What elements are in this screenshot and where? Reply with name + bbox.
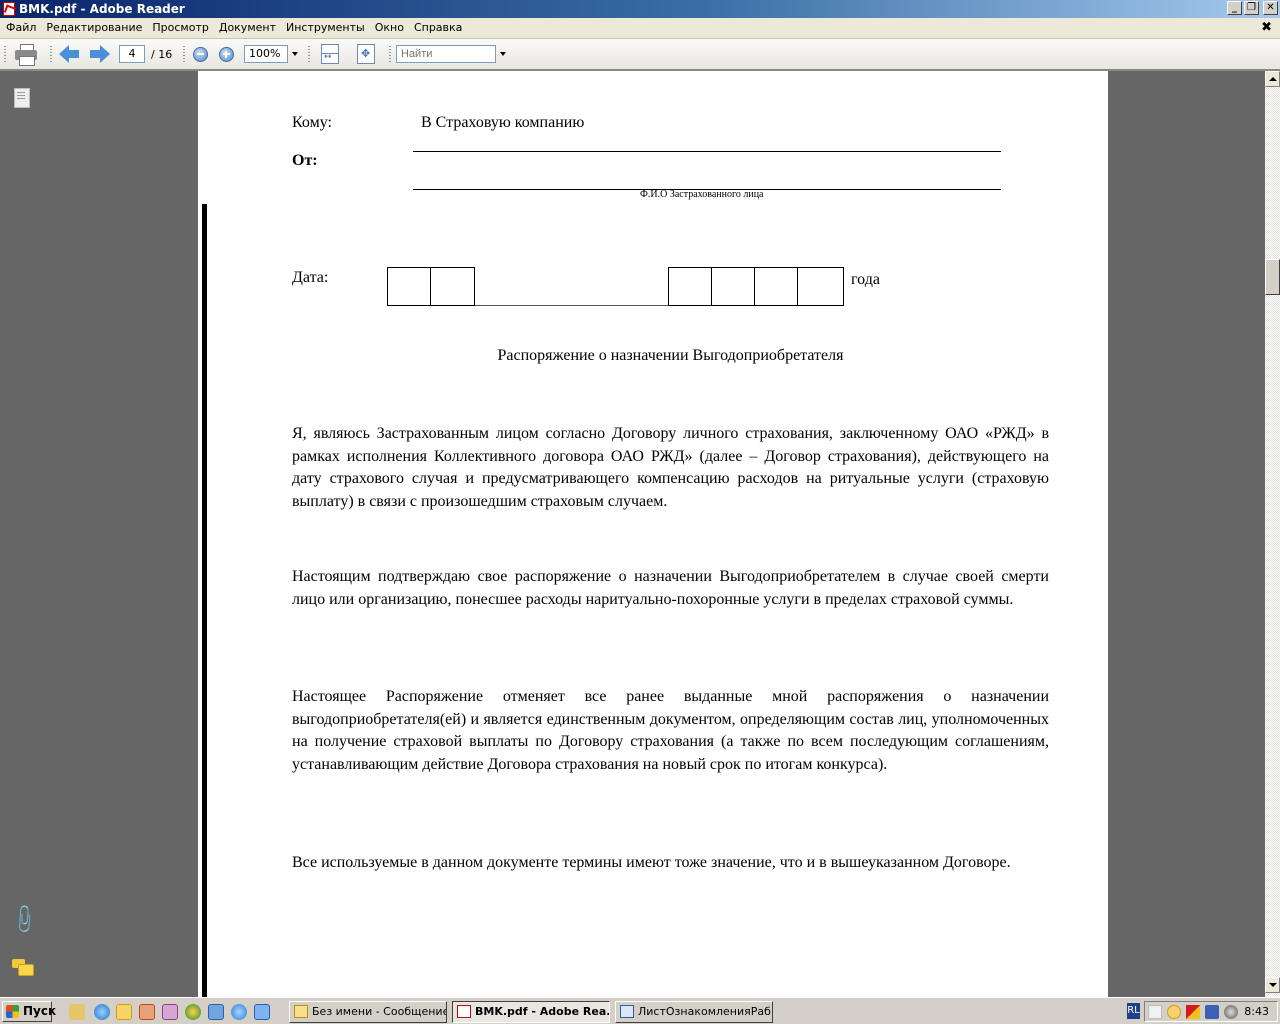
fit-page-icon xyxy=(357,44,375,64)
task-label: ЛистОзнакомленияРаб... xyxy=(638,1005,773,1018)
network-status-icon[interactable] xyxy=(1148,1005,1162,1019)
next-page-button[interactable] xyxy=(90,39,110,69)
start-label: Пуск xyxy=(23,1004,56,1018)
scroll-thumb[interactable] xyxy=(1265,259,1280,295)
outlook-calendar-icon[interactable] xyxy=(116,1004,132,1020)
system-tray: 8:43 xyxy=(1144,1001,1278,1022)
vertical-scrollbar[interactable] xyxy=(1265,71,1280,997)
menu-help[interactable]: Справка xyxy=(409,18,467,38)
task-button-mail[interactable]: Без имени - Сообщение... xyxy=(289,1001,447,1023)
paragraph-2: Настоящим подтверждаю свое распоряжение … xyxy=(292,566,1049,611)
ie-icon[interactable] xyxy=(94,1004,110,1020)
pdf-icon xyxy=(457,1005,471,1018)
reminder-clock-icon[interactable] xyxy=(1167,1005,1181,1019)
language-indicator[interactable]: RL xyxy=(1127,1003,1140,1019)
print-icon xyxy=(15,44,37,64)
zoom-level-input[interactable]: 100% xyxy=(244,45,288,63)
pages-icon[interactable] xyxy=(12,88,32,110)
paragraph-3: Настоящее Распоряжение отменяет все ране… xyxy=(292,686,1049,776)
page-total: / 16 xyxy=(151,48,172,61)
onenote-icon[interactable] xyxy=(162,1004,178,1020)
mail-icon xyxy=(294,1005,308,1018)
fit-width-button[interactable] xyxy=(321,39,339,69)
paragraph-4: Все используемые в данном документе терм… xyxy=(292,852,1049,875)
minimize-button[interactable]: _ xyxy=(1227,1,1242,15)
windows-logo-icon xyxy=(6,1005,19,1018)
ie-alt-icon[interactable] xyxy=(254,1004,270,1020)
show-desktop-icon[interactable] xyxy=(69,1004,85,1020)
from-label: От: xyxy=(292,152,318,170)
zoom-out-button[interactable] xyxy=(193,39,208,69)
to-label: Кому: xyxy=(292,114,332,132)
task-label: BMK.pdf - Adobe Rea... xyxy=(475,1005,610,1018)
page-number-input[interactable]: 4 xyxy=(119,45,145,63)
zoom-out-icon xyxy=(193,47,208,62)
to-underline xyxy=(413,151,1001,152)
pdf-page: Кому: В Страховую компанию От: Ф.И.О Зас… xyxy=(198,71,1108,997)
word-icon xyxy=(620,1005,634,1018)
zoom-in-button[interactable] xyxy=(219,39,234,69)
start-button[interactable]: Пуск xyxy=(2,1001,52,1022)
fit-width-icon xyxy=(321,44,339,64)
taskbar: Пуск Без имени - Сообщение... BMK.pdf - … xyxy=(0,997,1280,1024)
menu-view[interactable]: Просмотр xyxy=(147,18,213,38)
antivirus-warning-icon[interactable] xyxy=(1186,1005,1200,1019)
previous-page-button[interactable] xyxy=(59,39,79,69)
date-day-boxes xyxy=(387,267,475,306)
task-button-word[interactable]: ЛистОзнакомленияРаб... xyxy=(615,1001,773,1023)
menu-tools[interactable]: Инструменты xyxy=(281,18,370,38)
toolbar-grip[interactable] xyxy=(389,46,391,63)
adobe-reader-icon xyxy=(3,2,15,16)
media-player-icon[interactable] xyxy=(185,1004,201,1020)
restore-button[interactable]: ❐ xyxy=(1244,1,1259,15)
task-button-adobe-reader[interactable]: BMK.pdf - Adobe Rea... xyxy=(452,1001,610,1023)
fit-page-button[interactable] xyxy=(357,39,375,69)
menu-file[interactable]: Файл xyxy=(1,18,41,38)
outlook-icon[interactable] xyxy=(208,1004,224,1020)
menu-document[interactable]: Документ xyxy=(214,18,281,38)
close-document-icon[interactable]: ✖ xyxy=(1261,18,1272,38)
scroll-down-button[interactable] xyxy=(1265,977,1280,993)
arrow-right-icon xyxy=(90,45,110,63)
print-button[interactable] xyxy=(15,39,37,69)
scroll-up-button[interactable] xyxy=(1265,71,1280,87)
menu-bar: ФайлРедактированиеПросмотрДокументИнстру… xyxy=(0,18,1280,39)
clock: 8:43 xyxy=(1244,1002,1269,1021)
close-button[interactable]: ✕ xyxy=(1263,1,1278,15)
menu-edit[interactable]: Редактирование xyxy=(41,18,147,38)
volume-icon[interactable] xyxy=(1224,1005,1238,1019)
document-view[interactable]: Кому: В Страховую компанию От: Ф.И.О Зас… xyxy=(196,71,1265,997)
year-suffix: года xyxy=(851,271,880,289)
date-year-boxes xyxy=(668,267,844,306)
window-title: BMK.pdf - Adobe Reader xyxy=(19,0,185,18)
search-input[interactable] xyxy=(396,45,496,63)
zoom-dropdown-arrow-icon[interactable] xyxy=(292,52,298,56)
task-label: Без имени - Сообщение... xyxy=(312,1005,447,1018)
attachments-icon[interactable]: 📎 xyxy=(7,903,37,933)
toolbar-grip[interactable] xyxy=(308,46,310,63)
powerpoint-icon[interactable] xyxy=(139,1004,155,1020)
toolbar: 4 / 16 100% xyxy=(0,39,1280,71)
toolbar-grip[interactable] xyxy=(50,46,52,63)
toolbar-grip[interactable] xyxy=(183,46,185,63)
navigation-panel: 📎 xyxy=(0,71,196,997)
menu-window[interactable]: Окно xyxy=(370,18,409,38)
network-connections-icon[interactable] xyxy=(1205,1005,1219,1019)
comments-icon[interactable] xyxy=(12,957,32,979)
from-caption: Ф.И.О Застрахованного лица xyxy=(640,189,764,200)
zoom-in-icon xyxy=(219,47,234,62)
date-month-line xyxy=(475,305,668,306)
paragraph-1: Я, являюсь Застрахованным лицом согласно… xyxy=(292,423,1049,513)
toolbar-grip[interactable] xyxy=(4,46,6,63)
document-title: Распоряжение о назначении Выгодоприобрет… xyxy=(198,347,1143,365)
search-dropdown-arrow-icon[interactable] xyxy=(500,52,506,56)
ie-icon-2[interactable] xyxy=(231,1004,247,1020)
to-value: В Страховую компанию xyxy=(421,114,584,132)
title-bar: BMK.pdf - Adobe Reader _ ❐ ✕ xyxy=(0,0,1280,18)
date-label: Дата: xyxy=(292,269,328,287)
page-edge-mark xyxy=(202,204,207,997)
arrow-left-icon xyxy=(59,45,79,63)
